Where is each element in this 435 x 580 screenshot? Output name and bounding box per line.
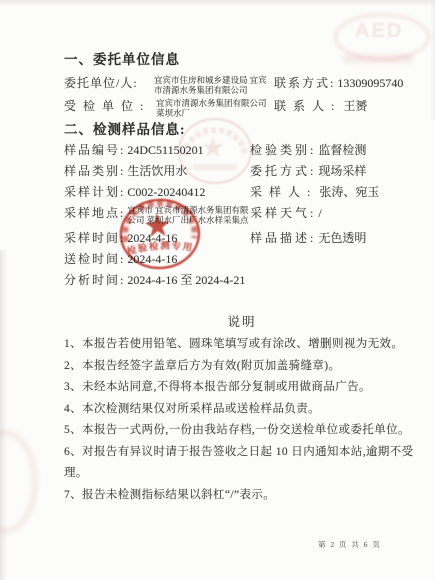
sampling-location-value: 宜宾市 宜宾市清源水务集团有限公司 菜坝水厂出厂水水样采集点 [127,205,250,225]
report-body: 一、委托单位信息 委托单位/人: 宜宾市住房和城乡建设局 宜宾市清源水务集团有限… [64,51,420,506]
commission-mode-value: 现场采样 [318,163,366,179]
sample-description-label: 样品描述: [250,230,316,246]
delivery-time-value: 2024-4-16 [127,251,177,267]
sampling-time-value: 2024-4-16 [127,230,177,246]
sampling-location-label: 采样地点: [64,205,125,221]
scanned-report-page: AED 一、委托单位信息 委托单位/人: 宜宾市住房和城乡建设局 宜宾市清源水务… [0,0,435,580]
contact-person-value: 王赟 [343,98,367,114]
contact-phone-value: 13309095740 [337,75,403,91]
inspected-unit-label: 受检单位: [64,98,154,114]
info-row-client: 委托单位/人: 宜宾市住房和城乡建设局 宜宾市清源水务集团有限公司 联系方式: … [64,75,420,95]
sampling-weather-label: 采样天气: [250,205,316,221]
note-item-7: 7、报告未检测指标结果以斜杠“/”表示。 [64,485,420,507]
analysis-time-value: 2024-4-16 至 2024-4-21 [127,272,245,288]
sample-row-time: 采样时间: 2024-4-16 样品描述: 无色透明 [64,230,420,246]
sample-description-value: 无色透明 [318,230,366,246]
analysis-time-label: 分析时间: [64,272,125,288]
scan-edge-right [430,0,435,120]
sample-number-value: 24DC51150201 [127,142,203,158]
sample-row-number: 样品编号: 24DC51150201 检验类别: 监督检测 [64,142,420,158]
sample-row-category: 样品类别: 生活饮用水 委托方式: 现场采样 [64,163,420,179]
watermark-text: AED [355,20,403,43]
sample-row-location: 采样地点: 宜宾市 宜宾市清源水务集团有限公司 菜坝水厂出厂水水样采集点 采样天… [64,205,420,225]
sampling-plan-label: 采样计划: [64,184,125,200]
note-item-6: 6、对报告有异议时请于报告签收之日起 10 日内通知本站,逾期不受理。 [64,442,420,485]
note-item-3: 3、未经本站同意,不得将本报告部分复制或用做商品广告。 [64,377,420,399]
sampling-plan-value: C002-20240412 [127,184,205,200]
inspection-type-value: 监督检测 [318,142,366,158]
note-item-4: 4、本次检测结果仅对所采样品或送检样品负责。 [64,399,420,421]
note-item-1: 1、本报告若使用铅笔、圆珠笔填写或有涂改、增删则视为无效。 [64,334,420,356]
note-item-2: 2、本报告经签字盖章后方为有效(附页加盖骑缝章)。 [64,356,420,378]
commission-mode-label: 委托方式: [250,163,316,179]
contact-phone-label: 联系方式: [274,75,335,91]
sampling-weather-value: / [318,205,321,221]
sample-row-analysis: 分析时间: 2024-4-16 至 2024-4-21 [64,272,420,288]
sampler-label: 采样人: [250,184,317,200]
note-item-5: 5、本报告一式两份,一份由我站存档,一份交送检单位或委托单位。 [64,420,420,442]
sample-category-label: 样品类别: [64,163,125,179]
client-label: 委托单位/人: [64,75,154,91]
stamp-bleed-mark [0,430,38,534]
inspection-type-label: 检验类别: [250,142,316,158]
inspected-unit-value: 宜宾市清源水务集团有限公司菜坝水厂 [156,98,272,118]
sample-row-plan: 采样计划: C002-20240412 采样人: 张涛、宛玉 [64,184,420,200]
sampler-value: 张涛、宛玉 [319,184,379,200]
delivery-time-label: 送检时间: [64,251,125,267]
sample-row-delivery: 送检时间: 2024-4-16 [64,251,420,267]
contact-person-label: 联系人: [274,98,341,114]
sample-number-label: 样品编号: [64,142,125,158]
info-row-inspected-unit: 受检单位: 宜宾市清源水务集团有限公司菜坝水厂 联系人: 王赟 [64,98,420,118]
sample-category-value: 生活饮用水 [127,163,187,179]
client-value: 宜宾市住房和城乡建设局 宜宾市清源水务集团有限公司 [154,75,270,95]
notes-title: 说明 [64,312,420,333]
sampling-time-label: 采样时间: [64,230,125,246]
scan-edge-top [0,0,435,6]
section2-title: 二、检测样品信息: [64,121,420,138]
section1-title: 一、委托单位信息 [64,51,420,68]
page-number: 第 2 页 共 6 页 [318,539,381,550]
notes-section: 说明 1、本报告若使用铅笔、圆珠笔填写或有涂改、增删则视为无效。 2、本报告经签… [64,312,420,506]
